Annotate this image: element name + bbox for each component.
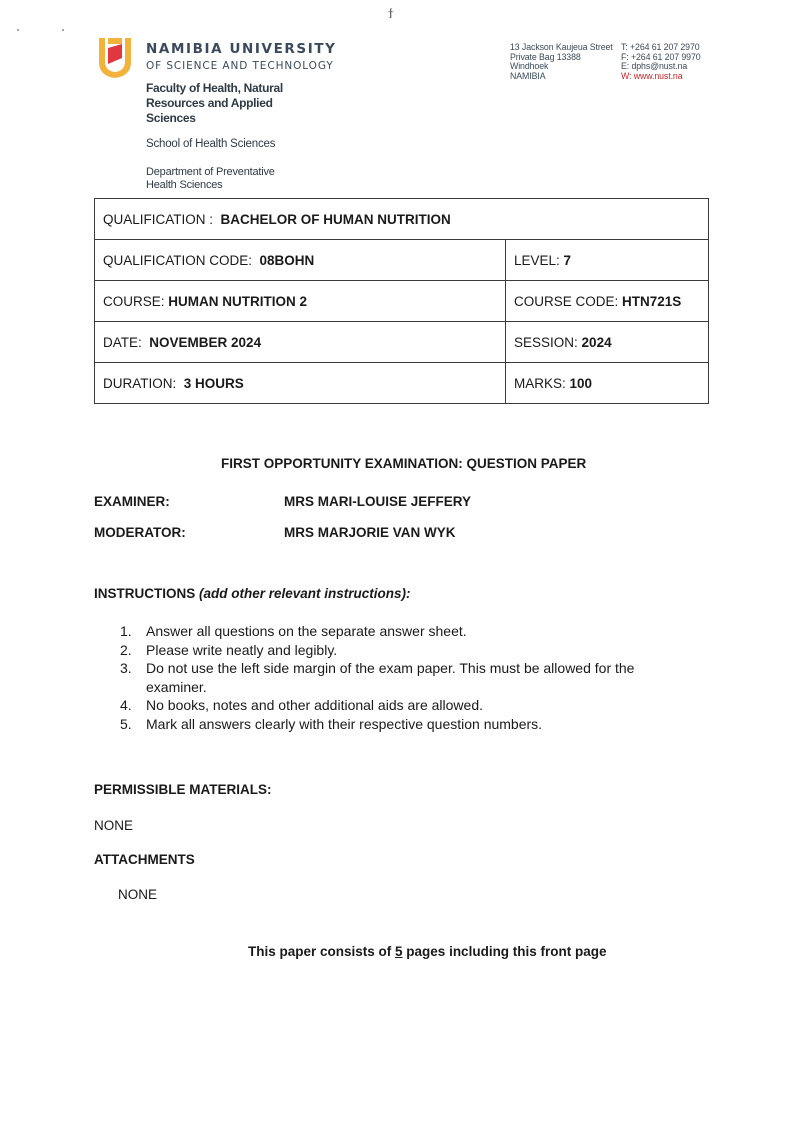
school-name: School of Health Sciences (146, 138, 275, 150)
course-code-value: HTN721S (622, 294, 681, 309)
address-country: NAMIBIA (510, 72, 613, 82)
moderator-label: MODERATOR: (94, 525, 186, 540)
table-row: QUALIFICATION : BACHELOR OF HUMAN NUTRIT… (95, 199, 709, 240)
item-text: Do not use the left side margin of the e… (146, 659, 680, 696)
attachments-value: NONE (118, 887, 157, 902)
scan-speck (17, 29, 19, 31)
department-name: Department of Preventative Health Scienc… (146, 166, 306, 191)
exam-details-table: QUALIFICATION : BACHELOR OF HUMAN NUTRIT… (94, 198, 709, 404)
date-cell: DATE: NOVEMBER 2024 (95, 322, 506, 363)
permissible-materials-heading: PERMISSIBLE MATERIALS: (94, 782, 272, 797)
examiner-name: MRS MARI-LOUISE JEFFERY (284, 494, 471, 509)
qualification-cell: QUALIFICATION : BACHELOR OF HUMAN NUTRIT… (95, 199, 709, 240)
item-text: Answer all questions on the separate ans… (146, 622, 467, 641)
list-item: 4.No books, notes and other additional a… (120, 696, 680, 715)
session-value: 2024 (582, 335, 612, 350)
table-row: QUALIFICATION CODE: 08BOHN LEVEL: 7 (95, 240, 709, 281)
table-row: COURSE: HUMAN NUTRITION 2 COURSE CODE: H… (95, 281, 709, 322)
qualification-label: QUALIFICATION : (103, 212, 213, 227)
course-code-label: COURSE CODE: (514, 294, 618, 309)
item-text: No books, notes and other additional aid… (146, 696, 483, 715)
page-count-prefix: This paper consists of (248, 944, 395, 959)
instructions-note: (add other relevant instructions): (199, 586, 411, 601)
qualification-value: BACHELOR OF HUMAN NUTRITION (221, 212, 451, 227)
list-item: 5.Mark all answers clearly with their re… (120, 715, 680, 734)
level-label: LEVEL: (514, 253, 560, 268)
level-value: 7 (564, 253, 572, 268)
duration-cell: DURATION: 3 HOURS (95, 363, 506, 404)
qualification-code-value: 08BOHN (260, 253, 315, 268)
duration-value: 3 HOURS (184, 376, 244, 391)
item-number: 3. (120, 659, 146, 696)
item-text: Mark all answers clearly with their resp… (146, 715, 542, 734)
list-item: 1.Answer all questions on the separate a… (120, 622, 680, 641)
course-cell: COURSE: HUMAN NUTRITION 2 (95, 281, 506, 322)
item-number: 4. (120, 696, 146, 715)
marks-label: MARKS: (514, 376, 566, 391)
table-row: DURATION: 3 HOURS MARKS: 100 (95, 363, 709, 404)
instructions-heading: INSTRUCTIONS (add other relevant instruc… (94, 586, 411, 601)
page-count-note: This paper consists of 5 pages including… (248, 944, 607, 959)
item-number: 2. (120, 641, 146, 660)
handwritten-mark: ϯ (388, 6, 393, 23)
session-label: SESSION: (514, 335, 578, 350)
duration-label: DURATION: (103, 376, 176, 391)
marks-cell: MARKS: 100 (506, 363, 709, 404)
examiner-label: EXAMINER: (94, 494, 170, 509)
item-number: 1. (120, 622, 146, 641)
contact-details: T: +264 61 207 2970 F: +264 61 207 9970 … (621, 43, 701, 81)
qualification-code-cell: QUALIFICATION CODE: 08BOHN (95, 240, 506, 281)
item-text: Please write neatly and legibly. (146, 641, 337, 660)
course-code-cell: COURSE CODE: HTN721S (506, 281, 709, 322)
session-cell: SESSION: 2024 (506, 322, 709, 363)
course-value: HUMAN NUTRITION 2 (168, 294, 307, 309)
faculty-name: Faculty of Health, Natural Resources and… (146, 81, 316, 126)
exam-title: FIRST OPPORTUNITY EXAMINATION: QUESTION … (221, 456, 586, 471)
level-cell: LEVEL: 7 (506, 240, 709, 281)
instructions-list: 1.Answer all questions on the separate a… (120, 622, 680, 734)
item-number: 5. (120, 715, 146, 734)
postal-address: 13 Jackson Kaujeua Street Private Bag 13… (510, 43, 613, 81)
list-item: 3.Do not use the left side margin of the… (120, 659, 680, 696)
page-count: 5 (395, 944, 403, 959)
qualification-code-label: QUALIFICATION CODE: (103, 253, 252, 268)
date-label: DATE: (103, 335, 142, 350)
list-item: 2.Please write neatly and legibly. (120, 641, 680, 660)
course-label: COURSE: (103, 294, 165, 309)
page-count-suffix: pages including this front page (403, 944, 607, 959)
university-logo-icon (96, 36, 134, 80)
permissible-materials-value: NONE (94, 818, 133, 833)
website-link[interactable]: W: www.nust.na (621, 72, 701, 82)
attachments-heading: ATTACHMENTS (94, 852, 195, 867)
university-subtitle: OF SCIENCE AND TECHNOLOGY (146, 60, 334, 72)
table-row: DATE: NOVEMBER 2024 SESSION: 2024 (95, 322, 709, 363)
scan-speck (62, 29, 64, 31)
marks-value: 100 (570, 376, 593, 391)
instructions-title: INSTRUCTIONS (94, 586, 195, 601)
moderator-name: MRS MARJORIE VAN WYK (284, 525, 456, 540)
date-value: NOVEMBER 2024 (149, 335, 261, 350)
university-name: NAMIBIA UNIVERSITY (146, 41, 337, 57)
